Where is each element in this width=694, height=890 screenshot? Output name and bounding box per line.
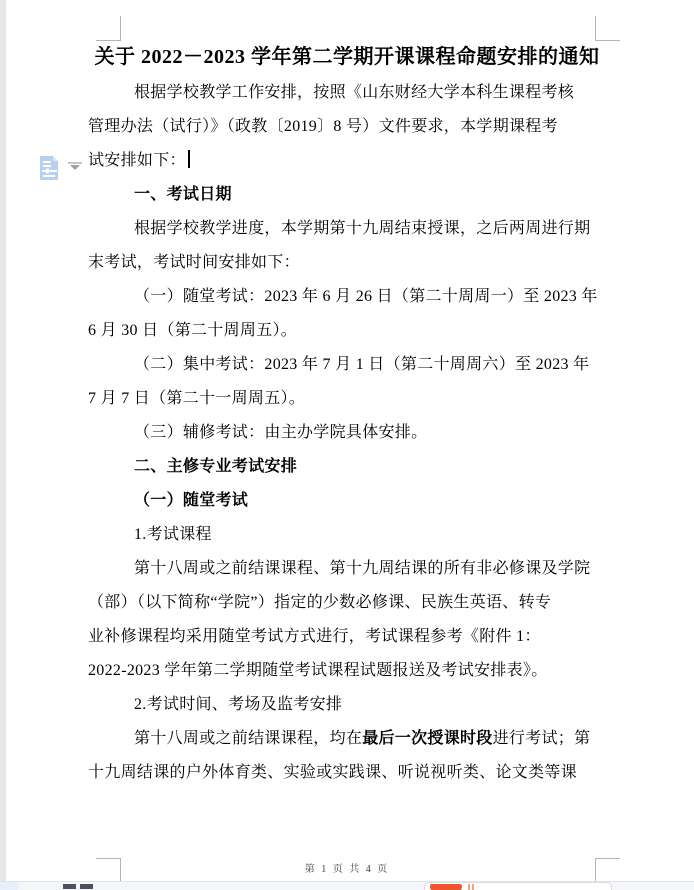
- doc-text-run: （一）随堂考试: [134, 492, 248, 509]
- status-bar-page-number: 第 1 页 共 4 页: [0, 861, 694, 879]
- doc-line[interactable]: 管理办法（试行）》（政教〔2019〕8 号）文件要求，本学期课程考: [88, 110, 608, 144]
- doc-text-run: （三）辅修考试：由主办学院具体安排。: [134, 424, 427, 441]
- doc-text-run: 管理办法（试行）》（政教〔2019〕8 号）文件要求，本学期课程考: [88, 118, 558, 135]
- margin-crop-mark-top-left: [96, 16, 121, 41]
- doc-line[interactable]: 2.考试时间、考场及监考安排: [88, 688, 608, 722]
- doc-line[interactable]: 第十八周或之前结课课程，均在最后一次授课时段进行考试；第: [88, 722, 608, 756]
- document-options-icon: [38, 169, 62, 186]
- wps-logo-accent: [472, 884, 474, 890]
- doc-line[interactable]: 末考试，考试时间安排如下：: [88, 246, 608, 280]
- doc-line[interactable]: 二、主修专业考试安排: [88, 450, 608, 484]
- doc-text-run: 1.考试课程: [134, 526, 212, 543]
- text-cursor: [188, 150, 190, 168]
- taskbar-app-card[interactable]: [424, 882, 612, 890]
- doc-text-run: 第十八周或之前结课课程，均在: [134, 730, 362, 747]
- doc-line[interactable]: 根据学校教学工作安排，按照《山东财经大学本科生课程考核: [88, 76, 608, 110]
- doc-text-run: 十九周结课的户外体育类、实验或实践课、听说视听类、论文类等课: [88, 764, 577, 781]
- doc-line[interactable]: （一）随堂考试：2023 年 6 月 26 日（第二十周周一）至 2023 年: [88, 280, 608, 314]
- doc-line[interactable]: （部）（以下简称“学院”）指定的少数必修课、民族生英语、转专: [88, 586, 608, 620]
- doc-text-run: 2022-2023 学年第二学期随堂考试课程试题报送及考试安排表》。: [88, 662, 548, 679]
- doc-line[interactable]: 1.考试课程: [88, 518, 608, 552]
- taskbar-app-glyph[interactable]: [63, 884, 76, 889]
- doc-line[interactable]: 试安排如下：: [88, 144, 608, 178]
- doc-text-run: 一、考试日期: [134, 186, 232, 203]
- doc-line[interactable]: 2022-2023 学年第二学期随堂考试课程试题报送及考试安排表》。: [88, 654, 608, 688]
- taskbar-blue-tile[interactable]: [0, 882, 18, 890]
- doc-text-run: 业补修课程均采用随堂考试方式进行，考试课程参考《附件 1：: [88, 628, 541, 645]
- floating-doc-options-button[interactable]: [38, 154, 80, 186]
- doc-line[interactable]: 第十八周或之前结课课程、第十九周结课的所有非必修课及学院: [88, 552, 608, 586]
- doc-line[interactable]: 业补修课程均采用随堂考试方式进行，考试课程参考《附件 1：: [88, 620, 608, 654]
- doc-line[interactable]: （一）随堂考试: [88, 484, 608, 518]
- chevron-down-icon: [70, 165, 80, 170]
- taskbar-sliver: [0, 881, 694, 890]
- doc-text-run: 试安排如下：: [88, 152, 186, 169]
- doc-body[interactable]: 根据学校教学工作安排，按照《山东财经大学本科生课程考核管理办法（试行）》（政教〔…: [88, 76, 608, 790]
- doc-line[interactable]: 一、考试日期: [88, 178, 608, 212]
- taskbar-app-glyph[interactable]: [80, 884, 93, 889]
- doc-line[interactable]: 6 月 30 日（第二十周周五）。: [88, 314, 608, 348]
- window-edge-strip: [0, 0, 6, 882]
- doc-text-run: 末考试，考试时间安排如下：: [88, 254, 300, 271]
- doc-text-run: （一）随堂考试：2023 年 6 月 26 日（第二十周周一）至 2023 年: [134, 288, 598, 305]
- wps-logo-accent: [468, 884, 470, 890]
- doc-line[interactable]: （三）辅修考试：由主办学院具体安排。: [88, 416, 608, 450]
- doc-line[interactable]: 根据学校教学进度，本学期第十九周结束授课，之后两周进行期: [88, 212, 608, 246]
- doc-line[interactable]: 十九周结课的户外体育类、实验或实践课、听说视听类、论文类等课: [88, 756, 608, 790]
- doc-line[interactable]: （二）集中考试：2023 年 7 月 1 日（第二十周周六）至 2023 年: [88, 348, 608, 382]
- margin-crop-mark-top-right: [595, 16, 620, 41]
- doc-text-run: （部）（以下简称“学院”）指定的少数必修课、民族生英语、转专: [88, 594, 551, 611]
- doc-text-run: 根据学校教学工作安排，按照《山东财经大学本科生课程考核: [134, 84, 574, 101]
- doc-text-run: （二）集中考试：2023 年 7 月 1 日（第二十周周六）至 2023 年: [134, 356, 589, 373]
- doc-text-run: 第十八周或之前结课课程、第十九周结课的所有非必修课及学院: [134, 560, 590, 577]
- document-title[interactable]: 关于 2022－2023 学年第二学期开课课程命题安排的通知: [60, 42, 634, 72]
- doc-text-run: 二、主修专业考试安排: [134, 458, 297, 475]
- doc-text-run: 根据学校教学进度，本学期第十九周结束授课，之后两周进行期: [134, 220, 590, 237]
- doc-text-run: 6 月 30 日（第二十周周五）。: [88, 322, 297, 339]
- doc-text-run: 2.考试时间、考场及监考安排: [134, 696, 342, 713]
- doc-text-run: 7 月 7 日（第二十一周周五）。: [88, 390, 305, 407]
- doc-text-run: 最后一次授课时段: [362, 730, 492, 747]
- doc-line[interactable]: 7 月 7 日（第二十一周周五）。: [88, 382, 608, 416]
- wps-logo-icon: [429, 884, 462, 890]
- doc-text-run: 进行考试；第: [493, 730, 591, 747]
